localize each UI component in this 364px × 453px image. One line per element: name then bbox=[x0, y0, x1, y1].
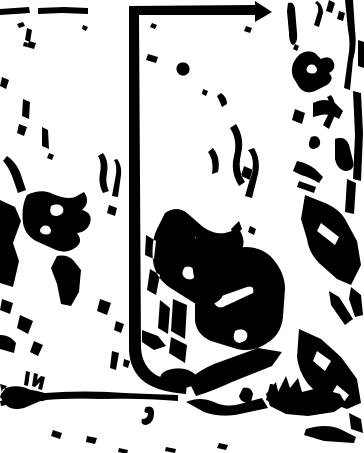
bitonal-print bbox=[0, 0, 364, 453]
artwork-canvas bbox=[0, 0, 364, 453]
